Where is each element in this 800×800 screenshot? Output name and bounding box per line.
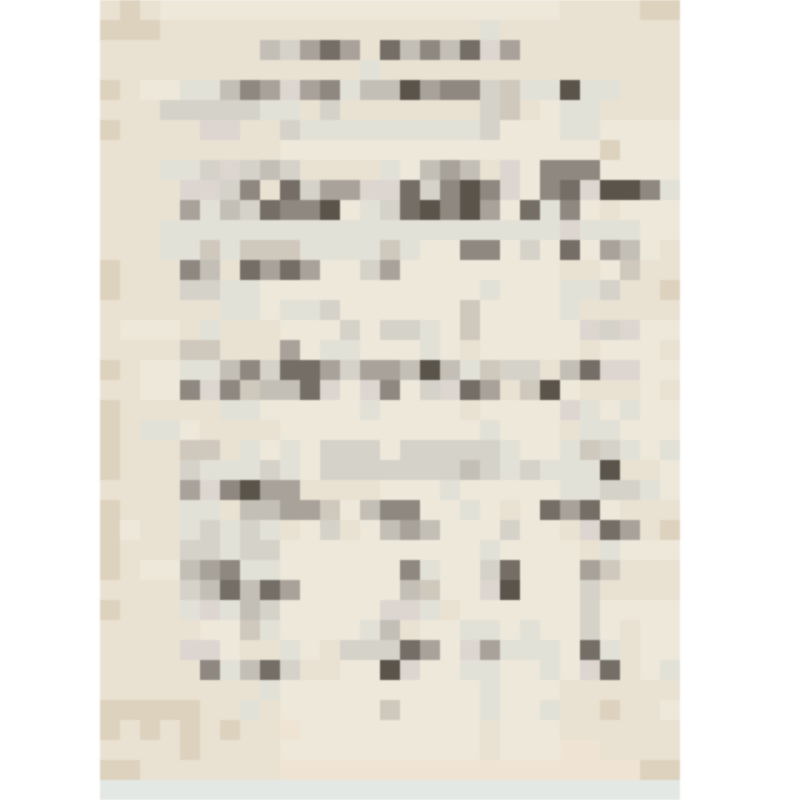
pixel-cell (300, 460, 320, 480)
pixel-cell (740, 640, 760, 660)
pixel-cell (600, 80, 620, 100)
pixel-cell (620, 560, 640, 580)
pixel-cell (80, 680, 100, 700)
pixel-cell (640, 240, 660, 260)
pixel-cell (40, 500, 60, 520)
pixel-cell (440, 260, 460, 280)
pixel-cell (380, 220, 400, 240)
pixel-cell (300, 280, 320, 300)
pixel-cell (140, 180, 160, 200)
pixel-cell (600, 160, 620, 180)
pixel-cell (720, 320, 740, 340)
pixel-cell (660, 40, 680, 60)
pixel-cell (340, 760, 360, 780)
pixel-cell (560, 540, 580, 560)
pixel-cell (180, 80, 200, 100)
pixel-cell (440, 60, 460, 80)
pixel-cell (220, 260, 240, 280)
pixel-cell (500, 100, 520, 120)
pixel-cell (780, 600, 800, 620)
pixel-cell (780, 220, 800, 240)
pixel-cell (600, 440, 620, 460)
pixel-cell (560, 780, 580, 800)
pixel-cell (600, 620, 620, 640)
pixel-cell (200, 600, 220, 620)
pixel-cell (560, 120, 580, 140)
pixel-cell (100, 740, 120, 760)
pixel-cell (300, 560, 320, 580)
pixel-cell (280, 180, 300, 200)
pixel-cell (360, 40, 380, 60)
pixel-cell (500, 300, 520, 320)
pixel-cell (380, 520, 400, 540)
pixel-cell (460, 460, 480, 480)
pixel-cell (240, 560, 260, 580)
pixel-cell (520, 200, 540, 220)
pixel-cell (400, 760, 420, 780)
pixel-cell (700, 580, 720, 600)
pixel-cell (20, 320, 40, 340)
pixel-cell (640, 640, 660, 660)
pixel-cell (360, 220, 380, 240)
pixel-cell (320, 500, 340, 520)
pixel-cell (660, 180, 680, 200)
pixel-cell (580, 780, 600, 800)
pixel-cell (420, 220, 440, 240)
pixel-cell (680, 460, 700, 480)
pixel-cell (200, 480, 220, 500)
pixel-cell (640, 720, 660, 740)
pixel-cell (60, 500, 80, 520)
pixel-cell (660, 700, 680, 720)
pixel-cell (360, 760, 380, 780)
pixel-cell (100, 340, 120, 360)
pixel-cell (160, 600, 180, 620)
pixel-cell (720, 500, 740, 520)
pixel-cell (360, 540, 380, 560)
pixel-cell (400, 360, 420, 380)
pixel-cell (100, 700, 120, 720)
pixel-cell (520, 700, 540, 720)
pixel-cell (180, 160, 200, 180)
pixel-cell (620, 320, 640, 340)
pixel-cell (240, 80, 260, 100)
pixel-cell (400, 440, 420, 460)
pixel-cell (740, 100, 760, 120)
pixel-cell (440, 440, 460, 460)
pixel-cell (520, 360, 540, 380)
pixel-cell (520, 120, 540, 140)
pixel-cell (500, 380, 520, 400)
pixel-cell (400, 700, 420, 720)
pixel-cell (640, 500, 660, 520)
pixel-cell (300, 300, 320, 320)
pixel-cell (580, 0, 600, 20)
pixel-cell (60, 740, 80, 760)
pixel-cell (200, 400, 220, 420)
pixel-cell (620, 680, 640, 700)
pixel-cell (720, 300, 740, 320)
pixel-cell (80, 360, 100, 380)
pixel-cell (580, 260, 600, 280)
pixel-cell (480, 580, 500, 600)
pixel-cell (720, 520, 740, 540)
pixel-cell (540, 460, 560, 480)
pixel-cell (180, 200, 200, 220)
pixel-cell (340, 560, 360, 580)
pixel-cell (740, 620, 760, 640)
pixel-cell (160, 260, 180, 280)
pixel-cell (420, 540, 440, 560)
pixel-cell (720, 620, 740, 640)
pixel-cell (240, 620, 260, 640)
pixel-cell (300, 320, 320, 340)
pixel-cell (80, 40, 100, 60)
pixel-cell (760, 600, 780, 620)
pixel-cell (420, 520, 440, 540)
pixel-cell (20, 680, 40, 700)
pixel-cell (20, 480, 40, 500)
pixel-cell (120, 240, 140, 260)
pixel-cell (220, 520, 240, 540)
pixel-cell (360, 100, 380, 120)
pixel-cell (560, 760, 580, 780)
pixel-cell (680, 200, 700, 220)
pixel-cell (780, 420, 800, 440)
pixel-cell (320, 380, 340, 400)
pixel-cell (780, 240, 800, 260)
pixel-cell (700, 40, 720, 60)
pixel-cell (480, 20, 500, 40)
pixel-cell (620, 360, 640, 380)
pixel-cell (560, 400, 580, 420)
pixel-cell (720, 180, 740, 200)
pixel-cell (300, 0, 320, 20)
pixel-cell (580, 540, 600, 560)
pixel-cell (120, 100, 140, 120)
pixel-cell (160, 240, 180, 260)
pixel-cell (780, 520, 800, 540)
pixel-cell (460, 240, 480, 260)
pixel-cell (720, 20, 740, 40)
pixel-cell (720, 100, 740, 120)
pixel-cell (0, 660, 20, 680)
pixel-cell (700, 620, 720, 640)
pixel-cell (240, 740, 260, 760)
pixel-cell (100, 0, 120, 20)
pixel-cell (200, 440, 220, 460)
pixel-cell (740, 700, 760, 720)
pixel-cell (340, 340, 360, 360)
pixel-cell (440, 280, 460, 300)
pixel-cell (720, 580, 740, 600)
pixel-cell (700, 280, 720, 300)
pixel-cell (160, 380, 180, 400)
pixel-cell (0, 20, 20, 40)
pixel-cell (120, 0, 140, 20)
pixel-cell (480, 280, 500, 300)
pixel-cell (120, 620, 140, 640)
pixel-cell (160, 280, 180, 300)
pixel-cell (360, 240, 380, 260)
pixel-cell (720, 480, 740, 500)
pixel-cell (420, 680, 440, 700)
pixel-cell (680, 320, 700, 340)
pixel-cell (620, 400, 640, 420)
pixel-cell (640, 220, 660, 240)
pixel-cell (540, 660, 560, 680)
pixel-cell (500, 20, 520, 40)
pixel-cell (580, 380, 600, 400)
pixel-cell (440, 420, 460, 440)
pixel-cell (120, 220, 140, 240)
pixel-cell (640, 380, 660, 400)
pixel-cell (680, 260, 700, 280)
pixel-cell (440, 520, 460, 540)
pixel-cell (640, 520, 660, 540)
pixel-cell (200, 60, 220, 80)
pixel-cell (300, 260, 320, 280)
pixel-cell (700, 440, 720, 460)
pixel-cell (160, 660, 180, 680)
pixel-cell (520, 280, 540, 300)
pixel-cell (660, 580, 680, 600)
pixel-cell (440, 100, 460, 120)
pixel-cell (260, 360, 280, 380)
pixel-cell (600, 120, 620, 140)
pixel-cell (80, 560, 100, 580)
pixel-cell (20, 520, 40, 540)
pixel-cell (760, 240, 780, 260)
pixel-cell (160, 480, 180, 500)
pixel-cell (80, 500, 100, 520)
pixel-cell (640, 300, 660, 320)
pixel-cell (740, 460, 760, 480)
pixel-cell (340, 60, 360, 80)
pixel-cell (680, 500, 700, 520)
pixel-cell (120, 80, 140, 100)
pixel-cell (360, 520, 380, 540)
pixel-cell (20, 500, 40, 520)
pixel-cell (400, 220, 420, 240)
pixel-cell (500, 160, 520, 180)
pixel-cell (440, 200, 460, 220)
pixel-cell (640, 80, 660, 100)
pixel-cell (60, 360, 80, 380)
pixel-cell (340, 380, 360, 400)
pixel-cell (640, 540, 660, 560)
pixel-cell (380, 0, 400, 20)
pixel-cell (600, 740, 620, 760)
pixel-cell (60, 480, 80, 500)
pixel-cell (660, 220, 680, 240)
pixel-cell (40, 80, 60, 100)
pixel-cell (720, 340, 740, 360)
pixel-cell (120, 20, 140, 40)
pixel-cell (640, 360, 660, 380)
pixel-cell (260, 540, 280, 560)
pixel-cell (320, 600, 340, 620)
pixel-cell (220, 320, 240, 340)
pixel-cell (240, 580, 260, 600)
pixel-cell (20, 640, 40, 660)
pixel-cell (540, 260, 560, 280)
pixel-cell (680, 280, 700, 300)
pixel-cell (180, 460, 200, 480)
pixel-cell (400, 480, 420, 500)
pixel-cell (600, 340, 620, 360)
pixel-cell (260, 100, 280, 120)
pixel-cell (680, 540, 700, 560)
pixel-cell (20, 80, 40, 100)
pixel-cell (400, 260, 420, 280)
pixel-cell (60, 560, 80, 580)
pixel-cell (740, 60, 760, 80)
pixel-cell (180, 540, 200, 560)
pixel-cell (620, 160, 640, 180)
pixel-cell (40, 600, 60, 620)
pixel-cell (20, 180, 40, 200)
pixel-cell (680, 580, 700, 600)
pixel-cell (0, 340, 20, 360)
pixel-cell (660, 60, 680, 80)
pixel-cell (580, 60, 600, 80)
pixel-cell (100, 280, 120, 300)
pixel-cell (640, 120, 660, 140)
pixel-cell (80, 580, 100, 600)
pixel-cell (240, 280, 260, 300)
pixel-cell (80, 620, 100, 640)
pixel-cell (100, 400, 120, 420)
pixel-cell (760, 360, 780, 380)
pixel-cell (620, 240, 640, 260)
pixel-cell (460, 480, 480, 500)
pixel-cell (780, 680, 800, 700)
pixel-cell (500, 600, 520, 620)
pixel-cell (660, 440, 680, 460)
pixel-cell (320, 60, 340, 80)
pixel-cell (660, 780, 680, 800)
pixel-cell (0, 140, 20, 160)
pixel-cell (80, 340, 100, 360)
pixel-cell (100, 180, 120, 200)
pixel-cell (420, 200, 440, 220)
pixel-cell (160, 780, 180, 800)
pixel-cell (340, 520, 360, 540)
pixel-cell (340, 460, 360, 480)
pixel-cell (320, 420, 340, 440)
pixel-cell (600, 380, 620, 400)
pixel-cell (40, 260, 60, 280)
pixel-cell (0, 240, 20, 260)
pixel-cell (320, 520, 340, 540)
pixel-cell (720, 120, 740, 140)
pixel-cell (680, 680, 700, 700)
pixel-cell (600, 660, 620, 680)
pixel-cell (280, 440, 300, 460)
pixel-cell (400, 540, 420, 560)
pixel-cell (140, 780, 160, 800)
pixel-cell (680, 60, 700, 80)
pixel-cell (400, 200, 420, 220)
pixel-cell (240, 260, 260, 280)
pixel-cell (160, 740, 180, 760)
pixel-cell (560, 600, 580, 620)
pixel-cell (0, 520, 20, 540)
pixel-cell (420, 380, 440, 400)
pixel-cell (40, 140, 60, 160)
pixel-cell (580, 560, 600, 580)
pixel-cell (780, 360, 800, 380)
pixel-cell (80, 300, 100, 320)
pixel-cell (20, 760, 40, 780)
pixel-cell (280, 220, 300, 240)
pixel-cell (700, 420, 720, 440)
pixel-cell (600, 40, 620, 60)
pixel-cell (280, 720, 300, 740)
pixel-cell (100, 100, 120, 120)
pixel-cell (180, 640, 200, 660)
pixel-cell (40, 300, 60, 320)
pixel-cell (560, 460, 580, 480)
pixel-cell (720, 540, 740, 560)
pixel-cell (140, 280, 160, 300)
pixel-cell (400, 780, 420, 800)
pixel-cell (260, 680, 280, 700)
pixel-cell (380, 640, 400, 660)
pixel-cell (0, 180, 20, 200)
pixel-cell (620, 200, 640, 220)
pixel-cell (200, 660, 220, 680)
pixel-cell (740, 360, 760, 380)
pixel-cell (580, 200, 600, 220)
pixel-cell (300, 200, 320, 220)
pixel-cell (240, 140, 260, 160)
pixel-cell (700, 100, 720, 120)
pixel-cell (220, 80, 240, 100)
pixel-cell (340, 700, 360, 720)
pixel-cell (520, 100, 540, 120)
pixel-cell (60, 660, 80, 680)
pixel-cell (320, 180, 340, 200)
pixel-cell (460, 60, 480, 80)
pixel-cell (240, 0, 260, 20)
pixel-cell (760, 480, 780, 500)
pixel-cell (60, 620, 80, 640)
pixel-cell (420, 580, 440, 600)
pixel-cell (460, 300, 480, 320)
pixel-cell (460, 20, 480, 40)
pixel-cell (300, 180, 320, 200)
pixel-cell (460, 720, 480, 740)
pixel-cell (640, 620, 660, 640)
pixel-cell (400, 300, 420, 320)
pixel-cell (520, 300, 540, 320)
pixel-cell (220, 700, 240, 720)
pixel-cell (380, 480, 400, 500)
pixel-cell (780, 580, 800, 600)
pixel-cell (380, 580, 400, 600)
pixel-cell (40, 380, 60, 400)
pixel-cell (540, 780, 560, 800)
pixel-cell (480, 360, 500, 380)
pixel-cell (240, 320, 260, 340)
pixel-cell (600, 360, 620, 380)
pixel-cell (780, 60, 800, 80)
pixel-cell (300, 40, 320, 60)
pixel-cell (300, 400, 320, 420)
pixel-cell (720, 360, 740, 380)
